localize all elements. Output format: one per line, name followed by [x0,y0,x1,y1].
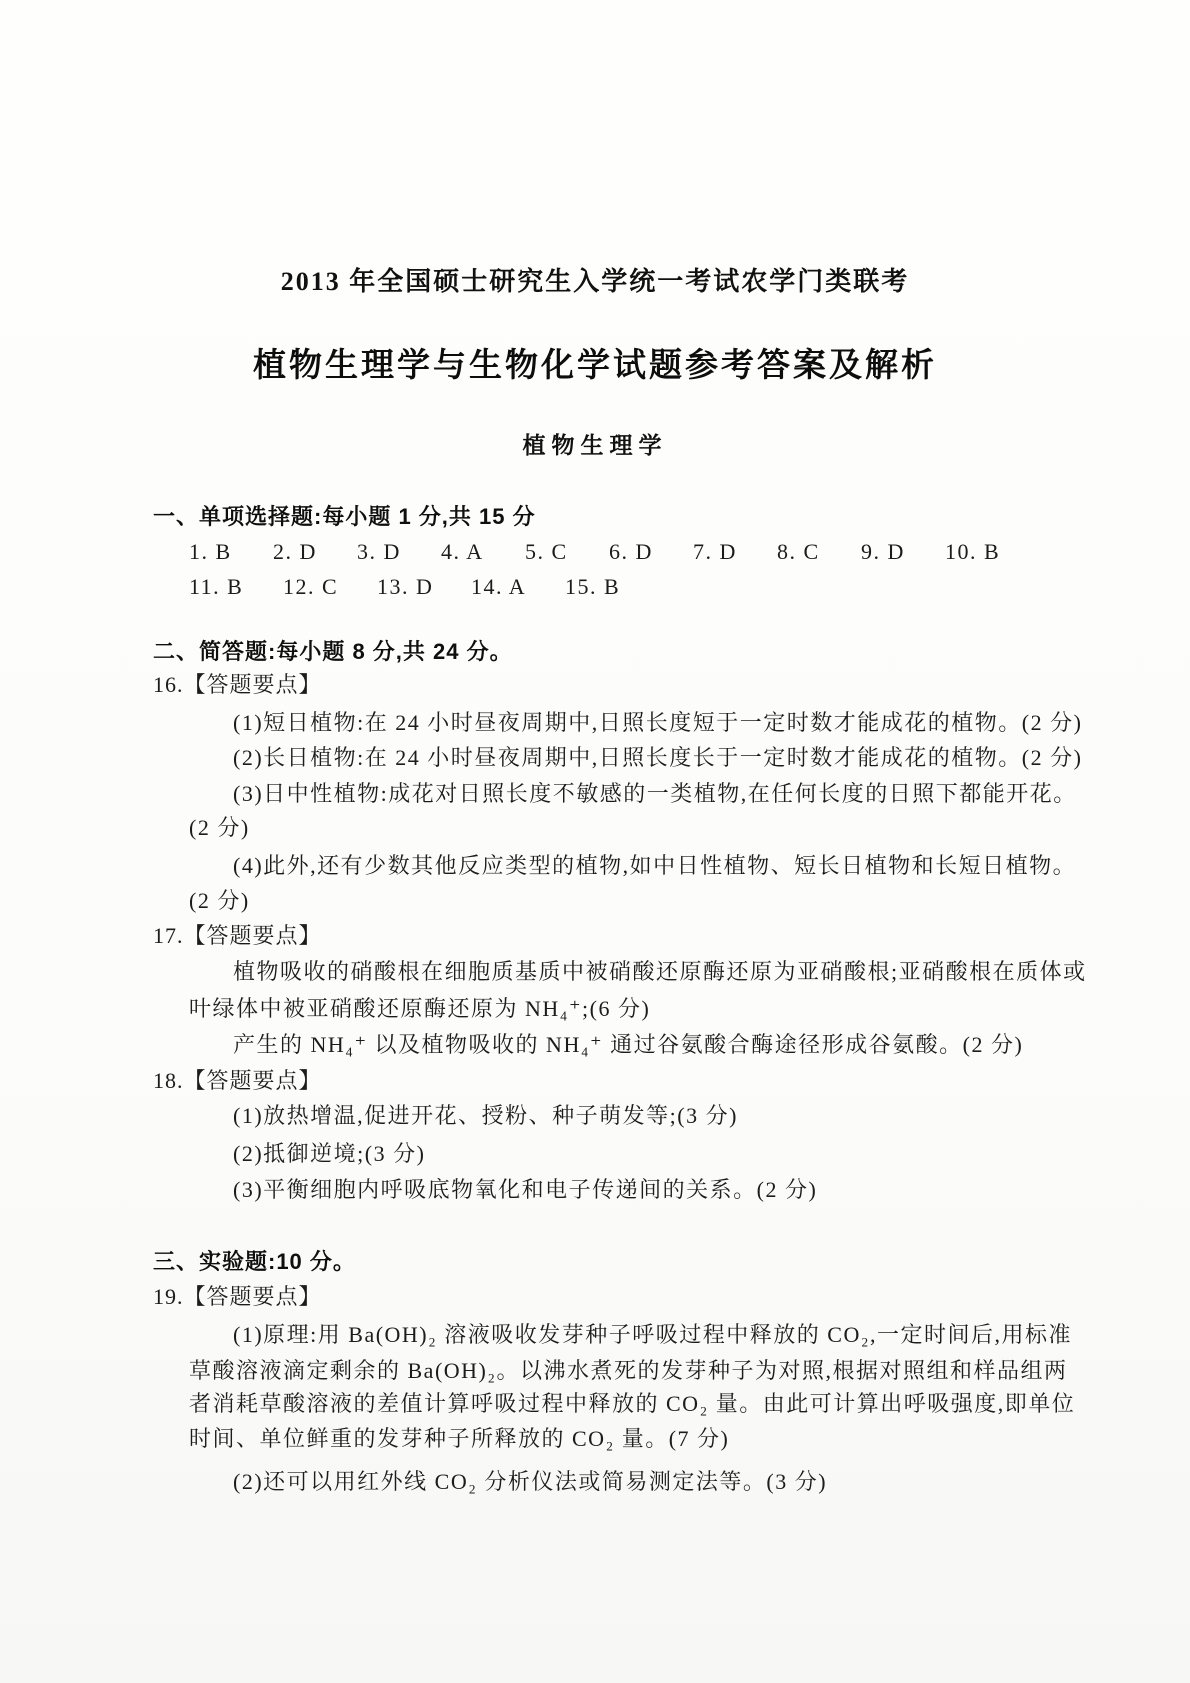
question-19-label: 19.【答题要点】 [153,1279,322,1315]
answer-line: (4)此外,还有少数其他反应类型的植物,如中日性植物、短长日植物和长短日植物。 [233,848,1076,884]
answer-item: 14. A [471,569,565,605]
question-16-label: 16.【答题要点】 [153,667,322,703]
answer-item: 3. D [357,534,441,570]
answer-item: 12. C [283,569,377,605]
exam-title: 2013 年全国硕士研究生入学统一考试农学门类联考 [20,264,1170,300]
answer-item: 9. D [861,534,945,570]
scanned-document-page: 2013 年全国硕士研究生入学统一考试农学门类联考 植物生理学与生物化学试题参考… [0,0,1190,1683]
answer-line: (3)日中性植物:成花对日照长度不敏感的一类植物,在任何长度的日照下都能开花。 [233,776,1077,812]
answer-line: (1)放热增温,促进开花、授粉、种子萌发等;(3 分) [233,1098,738,1134]
answer-line: (2 分) [189,810,250,846]
answer-line: (1)原理:用 Ba(OH)₂ 溶液吸收发芽种子呼吸过程中释放的 CO₂,一定时… [233,1317,1072,1353]
answer-line: (1)短日植物:在 24 小时昼夜周期中,日照长度短于一定时数才能成花的植物。(… [233,705,1082,741]
answer-line: (2)抵御逆境;(3 分) [233,1136,425,1172]
answer-item: 4. A [441,534,525,570]
section-3-heading: 三、实验题:10 分。 [153,1244,356,1280]
answer-item: 11. B [189,569,283,605]
answer-item: 6. D [609,534,693,570]
answer-item: 5. C [525,534,609,570]
answers-title: 植物生理学与生物化学试题参考答案及解析 [20,344,1170,388]
answer-line: 叶绿体中被亚硝酸还原酶还原为 NH₄⁺;(6 分) [189,991,650,1027]
answer-item: 8. C [777,534,861,570]
section-2-heading: 二、简答题:每小题 8 分,共 24 分。 [153,634,513,670]
answer-line: 时间、单位鲜重的发芽种子所释放的 CO₂ 量。(7 分) [189,1421,729,1457]
question-17-label: 17.【答题要点】 [153,918,322,954]
answer-line: 产生的 NH₄⁺ 以及植物吸收的 NH₄⁺ 通过谷氨酸合酶途径形成谷氨酸。(2 … [233,1027,1023,1063]
answer-row-2: 11. B12. C13. D14. A15. B [189,569,659,605]
answer-line: 者消耗草酸溶液的差值计算呼吸过程中释放的 CO₂ 量。由此可计算出呼吸强度,即单… [189,1386,1075,1422]
answer-item: 15. B [565,569,659,605]
answer-item: 7. D [693,534,777,570]
answer-item: 10. B [945,534,1029,570]
answer-line: 植物吸收的硝酸根在细胞质基质中被硝酸还原酶还原为亚硝酸根;亚硝酸根在质体或 [233,954,1087,990]
section-1-heading: 一、单项选择题:每小题 1 分,共 15 分 [153,499,536,535]
answer-line: (2 分) [189,883,250,919]
question-18-label: 18.【答题要点】 [153,1063,322,1099]
answer-item: 13. D [377,569,471,605]
subject-heading: 植物生理学 [20,427,1170,463]
answer-line: (2)长日植物:在 24 小时昼夜周期中,日照长度长于一定时数才能成花的植物。(… [233,740,1082,776]
answer-line: (2)还可以用红外线 CO₂ 分析仪法或简易测定法等。(3 分) [233,1464,827,1500]
answer-line: 草酸溶液滴定剩余的 Ba(OH)₂。以沸水煮死的发芽种子为对照,根据对照组和样品… [189,1353,1068,1389]
answer-line: (3)平衡细胞内呼吸底物氧化和电子传递间的关系。(2 分) [233,1172,817,1208]
answer-item: 1. B [189,534,273,570]
answer-row-1: 1. B2. D3. D4. A5. C6. D7. D8. C9. D10. … [189,534,1029,570]
answer-item: 2. D [273,534,357,570]
